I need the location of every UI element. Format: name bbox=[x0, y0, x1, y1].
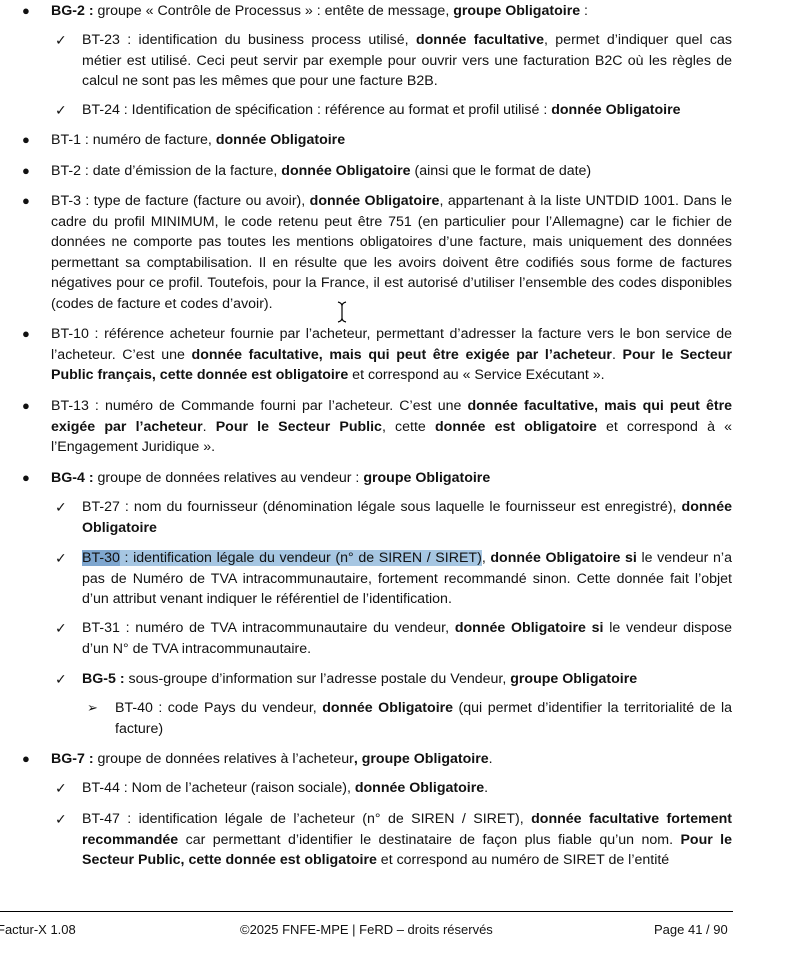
text-cursor-icon bbox=[337, 301, 347, 323]
bullet-icon: ● bbox=[22, 1, 30, 22]
list-item: BT-13 : numéro de Commande fourni par l’… bbox=[51, 396, 732, 458]
text-run: BT-23 : identification du business proce… bbox=[82, 32, 416, 48]
text-run: BT-47 : identification légale de l’achet… bbox=[82, 811, 531, 827]
bold-text: donnée Obligatoire bbox=[281, 163, 410, 179]
checkmark-icon: ✓ bbox=[55, 100, 67, 121]
bold-text: donnée est obligatoire bbox=[435, 419, 597, 435]
text-run: . bbox=[203, 419, 216, 435]
list-item: BT-3 : type de facture (facture ou avoir… bbox=[51, 191, 732, 315]
footer-page-number: Page 41 / 90 bbox=[654, 921, 728, 939]
checkmark-icon: ✓ bbox=[55, 618, 67, 639]
checkmark-icon: ✓ bbox=[55, 669, 67, 690]
list-item: BG-5 : sous-groupe d’information sur l’a… bbox=[82, 669, 732, 690]
list-item: BT-2 : date d’émission de la facture, do… bbox=[51, 161, 732, 182]
checkmark-icon: ✓ bbox=[55, 497, 67, 518]
list-item: BT-1 : numéro de facture, donnée Obligat… bbox=[51, 130, 732, 151]
document-page: ●BG-2 : groupe « Contrôle de Processus »… bbox=[0, 0, 795, 955]
text-run: BT-13 : numéro de Commande fourni par l’… bbox=[51, 398, 467, 414]
bold-text: donnée Obligatoire bbox=[310, 193, 440, 209]
footer-divider bbox=[0, 911, 733, 912]
bullet-icon: ● bbox=[22, 468, 30, 489]
text-run: BT-44 : Nom de l’acheteur (raison social… bbox=[82, 780, 355, 796]
text-run: et correspond au numéro de SIRET de l’en… bbox=[377, 852, 669, 868]
bullet-icon: ● bbox=[22, 161, 30, 182]
text-run: BT-31 : numéro de TVA intracommunautaire… bbox=[82, 620, 455, 636]
bullet-icon: ● bbox=[22, 749, 30, 770]
text-run: BT-24 : Identification de spécification … bbox=[82, 102, 551, 118]
text-run: sous-groupe d’information sur l’adresse … bbox=[125, 671, 511, 687]
list-item: BG-4 : groupe de données relatives au ve… bbox=[51, 468, 732, 489]
text-run: . bbox=[484, 780, 488, 796]
list-item: BT-47 : identification légale de l’achet… bbox=[82, 809, 732, 871]
list-item: BT-44 : Nom de l’acheteur (raison social… bbox=[82, 778, 732, 799]
text-run: , cette bbox=[382, 419, 435, 435]
text-run: BT-27 : nom du fournisseur (dénomination… bbox=[82, 499, 682, 515]
bold-text: donnée Obligatoire bbox=[551, 102, 680, 118]
bold-text: groupe Obligatoire bbox=[453, 3, 580, 19]
text-run: BT-3 : type de facture (facture ou avoir… bbox=[51, 193, 310, 209]
text-run: : bbox=[580, 3, 588, 19]
text-run: BT-1 : numéro de facture, bbox=[51, 132, 216, 148]
text-run: . bbox=[489, 751, 493, 767]
text-run: , appartenant à la liste UNTDID 1001. Da… bbox=[51, 193, 732, 312]
bold-text: donnée Obligatoire si bbox=[455, 620, 604, 636]
text-run: et correspond au « Service Exécutant ». bbox=[348, 367, 604, 383]
text-run: groupe « Contrôle de Processus » : entêt… bbox=[94, 3, 454, 19]
bold-text: BG-5 : bbox=[82, 671, 125, 687]
bullet-icon: ● bbox=[22, 396, 30, 417]
checkmark-icon: ✓ bbox=[55, 778, 67, 799]
text-run: groupe de données relatives à l’acheteur bbox=[94, 751, 354, 767]
list-item: BT-10 : référence acheteur fournie par l… bbox=[51, 324, 732, 386]
list-item: BT-27 : nom du fournisseur (dénomination… bbox=[82, 497, 732, 538]
list-item: BG-2 : groupe « Contrôle de Processus » … bbox=[51, 1, 732, 22]
list-item: BT-31 : numéro de TVA intracommunautaire… bbox=[82, 618, 732, 659]
bold-text: donnée Obligatoire bbox=[355, 780, 484, 796]
footer-copyright: ©2025 FNFE-MPE | FeRD – droits réservés bbox=[240, 921, 493, 939]
bold-text: donnée Obligatoire si bbox=[490, 550, 636, 566]
bold-text: BG-4 : bbox=[51, 470, 94, 486]
bullet-icon: ● bbox=[22, 130, 30, 151]
checkmark-icon: ✓ bbox=[55, 809, 67, 830]
list-item: BG-7 : groupe de données relatives à l’a… bbox=[51, 749, 732, 770]
bold-text: donnée Obligatoire bbox=[322, 700, 453, 716]
text-run: groupe de données relatives au vendeur : bbox=[94, 470, 364, 486]
list-item: BT-23 : identification du business proce… bbox=[82, 30, 732, 92]
footer-document-version: Factur-X 1.08 bbox=[0, 921, 76, 939]
bold-text: donnée Obligatoire bbox=[216, 132, 345, 148]
bold-text: BG-7 : bbox=[51, 751, 94, 767]
selected-text: : identification légale du vendeur (n° d… bbox=[120, 550, 482, 566]
bold-text: donnée facultative bbox=[416, 32, 544, 48]
bold-text: Pour le Secteur Public bbox=[216, 419, 382, 435]
bold-text: groupe Obligatoire bbox=[510, 671, 637, 687]
list-item: BT-40 : code Pays du vendeur, donnée Obl… bbox=[115, 698, 732, 739]
selected-text: BT-30 bbox=[82, 550, 120, 566]
list-item: BT-24 : Identification de spécification … bbox=[82, 100, 732, 121]
checkmark-icon: ✓ bbox=[55, 548, 67, 569]
bold-text: BG-2 : bbox=[51, 3, 94, 19]
text-run: car permettant d’identifier le destinata… bbox=[178, 832, 680, 848]
text-run: (ainsi que le format de date) bbox=[411, 163, 592, 179]
text-run: BT-40 : code Pays du vendeur, bbox=[115, 700, 322, 716]
arrow-bullet-icon: ➢ bbox=[87, 698, 98, 719]
bold-text: , groupe Obligatoire bbox=[354, 751, 489, 767]
bullet-icon: ● bbox=[22, 324, 30, 345]
text-run: BT-2 : date d’émission de la facture, bbox=[51, 163, 281, 179]
text-run: . bbox=[612, 347, 623, 363]
bold-text: donnée facultative, mais qui peut être e… bbox=[192, 347, 612, 363]
list-item: BT-30 : identification légale du vendeur… bbox=[82, 548, 732, 610]
bold-text: groupe Obligatoire bbox=[363, 470, 490, 486]
checkmark-icon: ✓ bbox=[55, 30, 67, 51]
bullet-icon: ● bbox=[22, 191, 30, 212]
